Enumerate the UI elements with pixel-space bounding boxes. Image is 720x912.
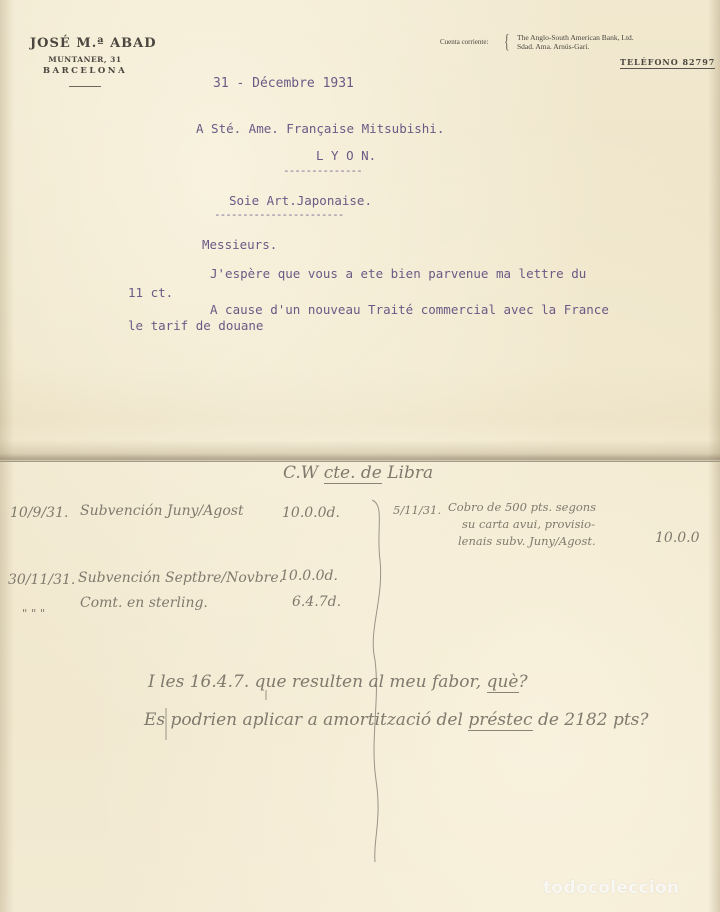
note-line-1-end: ? (519, 672, 528, 692)
right-entry-line-3: lenais subv. Juny/Agost. (458, 534, 596, 548)
pencil-brace-lines (0, 0, 720, 912)
entry-2-amount: 10.0.0d. (280, 568, 338, 584)
right-entry-date: 5/11/31. (393, 503, 441, 517)
entry-2-text: Subvención Septbre/Novbre. (78, 570, 283, 586)
note-line-2: Es podrien aplicar a amortització del pr… (144, 710, 649, 730)
entry-1-date: 10/9/31. (10, 505, 68, 521)
entry-3-text: Comt. en sterling. (80, 595, 208, 611)
handwritten-heading: C.W cte. de Libra (283, 463, 433, 483)
heading-underlined: cte. de (324, 463, 382, 484)
note-line-2-underlined: préstec (468, 710, 532, 731)
entry-1-text: Subvención Juny/Agost (80, 503, 244, 519)
entry-2-date: 30/11/31. (8, 572, 75, 588)
right-entry-line-1: Cobro de 500 pts. segons (448, 500, 596, 514)
entry-1-amount: 10.0.0d. (282, 505, 340, 521)
note-line-1-text: I les 16.4.7. que resulten al meu fabor, (148, 672, 481, 692)
entry-3-amount: 6.4.7d. (292, 594, 341, 610)
heading-suffix: Libra (387, 463, 433, 483)
watermark: todocoleccion (543, 878, 679, 898)
right-entry-line-2: su carta avui, provisio- (462, 517, 595, 531)
entry-3-date-ditto: " " " (22, 606, 45, 620)
note-line-2-end: de 2182 pts? (538, 710, 649, 730)
note-line-2-text: Es podrien aplicar a amortització del (144, 710, 463, 730)
note-line-1-underlined: què (487, 672, 519, 693)
note-line-1: I les 16.4.7. que resulten al meu fabor,… (148, 672, 528, 692)
heading-prefix: C.W (283, 463, 318, 483)
right-entry-amount: 10.0.0 (655, 530, 700, 546)
